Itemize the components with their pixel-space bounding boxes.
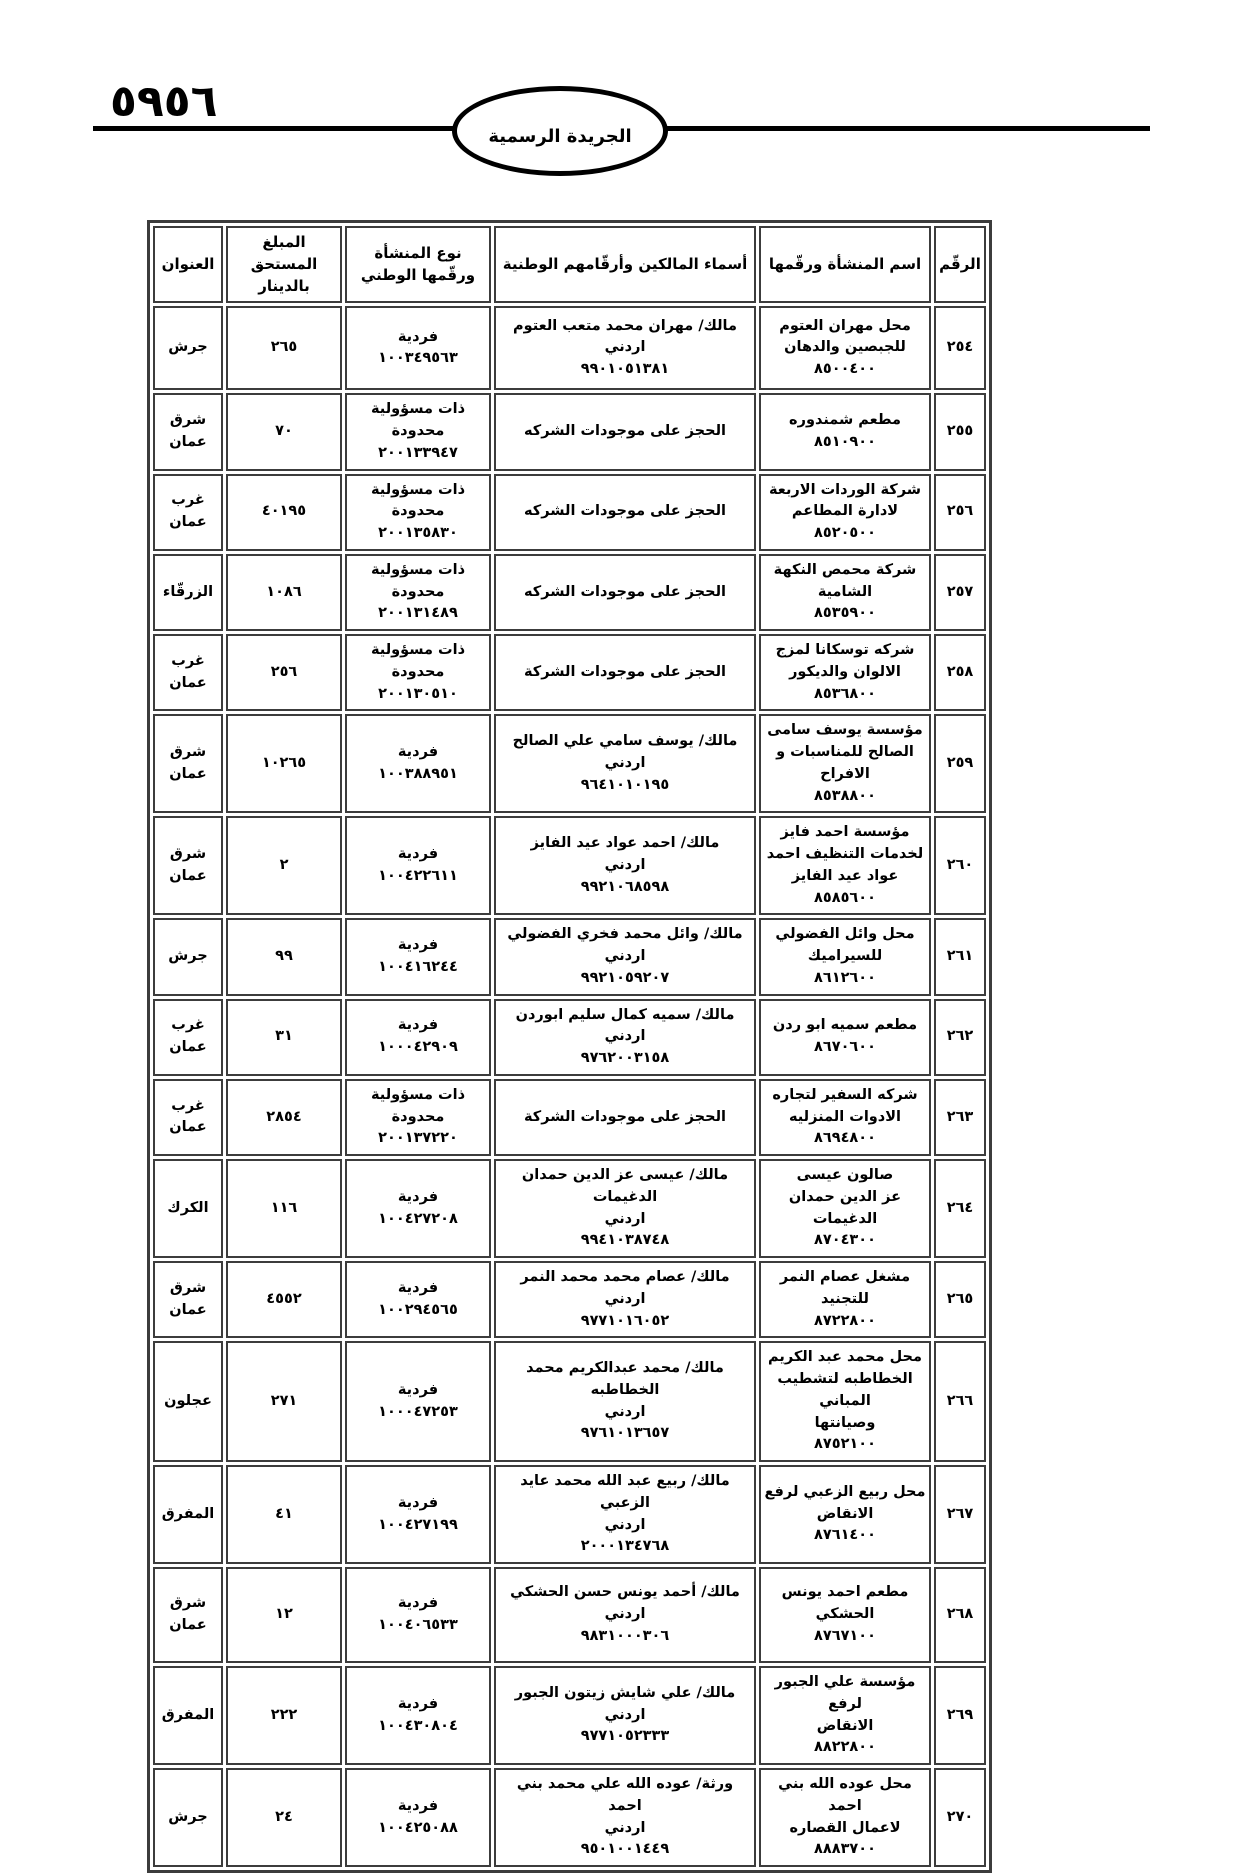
cell-est: محل ربيع الزعبي لرفعالانقاض٨٧٦١٤٠٠	[759, 1465, 931, 1564]
est-line: ٨٥٣٦٨٠٠	[764, 684, 926, 706]
cell-type: فردية١٠٠٤٢٧١٩٩	[345, 1465, 491, 1564]
owners-line: اردني	[499, 1515, 751, 1537]
type-line: ٢٠٠١٣١٤٨٩	[350, 603, 486, 625]
owners-line: اردني	[499, 1402, 751, 1424]
est-line: ٨٥٢٠٥٠٠	[764, 523, 926, 545]
cell-amount: ٤٥٥٢	[226, 1261, 342, 1338]
cell-num: ٢٥٤	[934, 306, 986, 390]
est-line: عز الدين حمدان	[764, 1187, 926, 1209]
cell-owners: مالك/ احمد عواد عيد الفايزاردني٩٩٢١٠٦٨٥٩…	[494, 816, 756, 915]
cell-addr: عجلون	[153, 1341, 223, 1462]
owners-line: مالك/ وائل محمد فخري الفضولي	[499, 924, 751, 946]
table-row: ٢٧٠محل عوده الله بني احمدلاعمال القصاره٨…	[153, 1768, 986, 1867]
est-line: لادارة المطاعم	[764, 501, 926, 523]
cell-amount: ٢٦٥	[226, 306, 342, 390]
type-line: فردية	[350, 1380, 486, 1402]
addr-line: شرق	[158, 742, 218, 764]
est-line: الالوان والديكور	[764, 662, 926, 684]
est-line: ٨٧٢٢٨٠٠	[764, 1311, 926, 1333]
est-line: ٨٧٦٧١٠٠	[764, 1626, 926, 1648]
owners-line: اردني	[499, 1604, 751, 1626]
addr-line: عمان	[158, 1117, 218, 1139]
addr-line: عمان	[158, 1615, 218, 1637]
type-line: فردية	[350, 1593, 486, 1615]
cell-amount: ٢٧١	[226, 1341, 342, 1462]
table-row: ٢٦٤صالون عيسىعز الدين حمدانالدغيمات٨٧٠٤٣…	[153, 1159, 986, 1258]
amount-line: ٢٤	[231, 1807, 337, 1829]
type-line: ٢٠٠١٣٧٢٢٠	[350, 1128, 486, 1150]
cell-num: ٢٦٢	[934, 999, 986, 1076]
cell-amount: ٤١	[226, 1465, 342, 1564]
cell-type: فردية١٠٠٤٣٠٨٠٤	[345, 1666, 491, 1765]
est-line: لخدمات التنظيف احمد	[764, 844, 926, 866]
est-line: ٨٧٥٢١٠٠	[764, 1434, 926, 1456]
type-line: فردية	[350, 844, 486, 866]
cell-type: فردية١٠٠٤١٦٢٤٤	[345, 918, 491, 995]
num-line: ٢٥٨	[939, 662, 981, 684]
est-line: مؤسسة احمد فايز	[764, 822, 926, 844]
cell-addr: جرش	[153, 306, 223, 390]
owners-line: اردني	[499, 1209, 751, 1231]
addr-line: الكرك	[158, 1198, 218, 1220]
type-line: ١٠٠٣٤٩٥٦٣	[350, 348, 486, 370]
cell-type: فردية١٠٠٤٠٦٥٣٣	[345, 1567, 491, 1663]
amount-line: ٢٨٥٤	[231, 1107, 337, 1129]
amount-line: ٧٠	[231, 421, 337, 443]
num-line: ٢٥٧	[939, 582, 981, 604]
amount-line: ٩٩	[231, 946, 337, 968]
table-row: ٢٥٦شركة الوردات الاربعةلادارة المطاعم٨٥٢…	[153, 474, 986, 551]
column-header-num: الرقّم	[934, 226, 986, 303]
est-line: الانقاض	[764, 1716, 926, 1738]
cell-type: ذات مسؤولية محدودة٢٠٠١٣١٤٨٩	[345, 554, 491, 631]
cell-est: شركه السفير لتجارهالادوات المنزليه٨٦٩٤٨٠…	[759, 1079, 931, 1156]
num-line: ٢٦٩	[939, 1705, 981, 1727]
est-line: الدغيمات	[764, 1209, 926, 1231]
cell-est: مطعم سميه ابو ردن٨٦٧٠٦٠٠	[759, 999, 931, 1076]
est-line: مؤسسة يوسف سامى	[764, 720, 926, 742]
cell-owners: الحجز على موجودات الشركه	[494, 474, 756, 551]
cell-est: محل محمد عبد الكريمالخطاطبه لتشطيب المبا…	[759, 1341, 931, 1462]
est-line: ٨٨٢٢٨٠٠	[764, 1737, 926, 1759]
num-line: ٢٦٤	[939, 1198, 981, 1220]
est-line: الخطاطبه لتشطيب المباني	[764, 1369, 926, 1413]
owners-line: مالك/ علي شايش زيتون الجبور	[499, 1683, 751, 1705]
addr-line: عمان	[158, 512, 218, 534]
num-line: ٢٥٦	[939, 501, 981, 523]
est-line: شركة الوردات الاربعة	[764, 480, 926, 502]
est-line: ٨٨٨٣٧٠٠	[764, 1839, 926, 1861]
est-line: ٨٦٧٠٦٠٠	[764, 1037, 926, 1059]
amount-line: ١٠٨٦	[231, 582, 337, 604]
cell-addr: شرقعمان	[153, 1261, 223, 1338]
type-line: ١٠٠٤٣٠٨٠٤	[350, 1716, 486, 1738]
est-line: مطعم شمندوره	[764, 410, 926, 432]
cell-addr: شرقعمان	[153, 816, 223, 915]
addr-line: شرق	[158, 844, 218, 866]
type-line: ١٠٠٠٤٧٢٥٣	[350, 1402, 486, 1424]
est-line: الادوات المنزليه	[764, 1107, 926, 1129]
owners-line: اردني	[499, 753, 751, 775]
amount-line: ٢٢٢	[231, 1705, 337, 1727]
type-line: فردية	[350, 1278, 486, 1300]
owners-line: مالك/ عيسى عز الدين حمدان الدغيمات	[499, 1165, 751, 1209]
amount-line: ٢٥٦	[231, 662, 337, 684]
cell-num: ٢٦٠	[934, 816, 986, 915]
cell-addr: جرش	[153, 918, 223, 995]
type-line: ذات مسؤولية محدودة	[350, 560, 486, 604]
est-line: ٨٧٠٤٣٠٠	[764, 1230, 926, 1252]
cell-amount: ٩٩	[226, 918, 342, 995]
cell-addr: شرقعمان	[153, 393, 223, 470]
est-line: وصيانتها	[764, 1413, 926, 1435]
table-row: ٢٥٧شركة محمص النكهةالشامية٨٥٣٥٩٠٠الحجز ع…	[153, 554, 986, 631]
type-line: فردية	[350, 1187, 486, 1209]
table-row: ٢٦٧محل ربيع الزعبي لرفعالانقاض٨٧٦١٤٠٠مال…	[153, 1465, 986, 1564]
type-line: ١٠٠٤١٦٢٤٤	[350, 957, 486, 979]
est-line: الانقاض	[764, 1504, 926, 1526]
gazette-page: { "page": { "page_number": "٥٩٥٦", "gaze…	[0, 0, 1241, 1754]
cell-amount: ٣١	[226, 999, 342, 1076]
table-row: ٢٦٩مؤسسة علي الجبور لرفعالانقاض٨٨٢٢٨٠٠ما…	[153, 1666, 986, 1765]
type-line: ١٠٠٤٠٦٥٣٣	[350, 1615, 486, 1637]
type-line: ٢٠٠١٣٥٨٣٠	[350, 523, 486, 545]
num-line: ٢٦١	[939, 946, 981, 968]
owners-line: ٩٧٧١٠١٦٠٥٢	[499, 1311, 751, 1333]
addr-line: جرش	[158, 1807, 218, 1829]
cell-addr: شرقعمان	[153, 714, 223, 813]
addr-line: غرب	[158, 490, 218, 512]
type-line: ٢٠٠١٣٠٥١٠	[350, 684, 486, 706]
est-line: للسيراميك	[764, 946, 926, 968]
owners-line: ٩٧٦٢٠٠٣١٥٨	[499, 1048, 751, 1070]
page-number: ٥٩٥٦	[110, 76, 217, 127]
addr-line: عمان	[158, 432, 218, 454]
est-line: الصالح للمناسبات و	[764, 742, 926, 764]
cell-addr: شرقعمان	[153, 1567, 223, 1663]
cell-addr: الكرك	[153, 1159, 223, 1258]
amount-line: ٤١	[231, 1504, 337, 1526]
num-line: ٢٦٣	[939, 1107, 981, 1129]
type-line: فردية	[350, 1694, 486, 1716]
est-line: الحشكي	[764, 1604, 926, 1626]
gazette-logo-oval: الجريدة الرسمية	[452, 86, 668, 176]
cell-est: محل وائل الفضوليللسيراميك٨٦١٢٦٠٠	[759, 918, 931, 995]
cell-est: محل مهران العتومللجبصين والدهان٨٥٠٠٤٠٠	[759, 306, 931, 390]
addr-line: المفرق	[158, 1705, 218, 1727]
est-line: ٨٥٣٥٩٠٠	[764, 603, 926, 625]
addr-line: عمان	[158, 764, 218, 786]
type-line: ١٠٠٤٢٥٠٨٨	[350, 1818, 486, 1840]
gazette-title: الجريدة الرسمية	[488, 126, 631, 147]
cell-owners: الحجز على موجودات الشركه	[494, 393, 756, 470]
type-line: ١٠٠٤٢٧٢٠٨	[350, 1209, 486, 1231]
type-line: ١٠٠٤٢٧١٩٩	[350, 1515, 486, 1537]
type-line: ١٠٠٠٤٢٩٠٩	[350, 1037, 486, 1059]
est-line: محل وائل الفضولي	[764, 924, 926, 946]
owners-line: مالك/ يوسف سامي علي الصالح	[499, 731, 751, 753]
table-row: ٢٥٨شركه توسكانا لمزجالالوان والديكور٨٥٣٦…	[153, 634, 986, 711]
amount-line: ٢	[231, 855, 337, 877]
cell-owners: ورثة/ عوده الله علي محمد بني احمداردني٩٥…	[494, 1768, 756, 1867]
cell-est: شركه توسكانا لمزجالالوان والديكور٨٥٣٦٨٠٠	[759, 634, 931, 711]
num-line: ٢٧٠	[939, 1807, 981, 1829]
cell-addr: المفرق	[153, 1465, 223, 1564]
est-line: محل محمد عبد الكريم	[764, 1347, 926, 1369]
num-line: ٢٥٥	[939, 421, 981, 443]
owners-line: ٩٧٦١٠١٣٦٥٧	[499, 1423, 751, 1445]
est-line: محل عوده الله بني احمد	[764, 1774, 926, 1818]
cell-owners: مالك/ علي شايش زيتون الجبوراردني٩٧٧١٠٥٢٣…	[494, 1666, 756, 1765]
num-line: ٢٦٦	[939, 1391, 981, 1413]
table-row: ٢٦٢مطعم سميه ابو ردن٨٦٧٠٦٠٠مالك/ سميه كم…	[153, 999, 986, 1076]
owners-line: الحجز على موجودات الشركه	[499, 501, 751, 523]
owners-line: ورثة/ عوده الله علي محمد بني احمد	[499, 1774, 751, 1818]
est-line: مطعم سميه ابو ردن	[764, 1015, 926, 1037]
cell-addr: الزرقّاء	[153, 554, 223, 631]
owners-line: اردني	[499, 946, 751, 968]
cell-type: ذات مسؤولية محدودة٢٠٠١٣٣٩٤٧	[345, 393, 491, 470]
cell-type: فردية١٠٠٣٨٨٩٥١	[345, 714, 491, 813]
cell-est: صالون عيسىعز الدين حمدانالدغيمات٨٧٠٤٣٠٠	[759, 1159, 931, 1258]
amount-line: ٢٦٥	[231, 337, 337, 359]
cell-amount: ٤٠١٩٥	[226, 474, 342, 551]
addr-line: شرق	[158, 410, 218, 432]
amount-line: ١١٦	[231, 1198, 337, 1220]
addr-line: المفرق	[158, 1504, 218, 1526]
column-header-est: اسم المنشأة ورقّمها	[759, 226, 931, 303]
est-line: محل ربيع الزعبي لرفع	[764, 1482, 926, 1504]
cell-num: ٢٥٧	[934, 554, 986, 631]
cell-owners: مالك/ وائل محمد فخري الفضولياردني٩٩٢١٠٥٩…	[494, 918, 756, 995]
table-row: ٢٦٨مطعم احمد يونسالحشكي٨٧٦٧١٠٠مالك/ أحمد…	[153, 1567, 986, 1663]
cell-num: ٢٦٦	[934, 1341, 986, 1462]
cell-type: فردية١٠٠٠٤٢٩٠٩	[345, 999, 491, 1076]
cell-num: ٢٦٨	[934, 1567, 986, 1663]
addr-line: غرب	[158, 1015, 218, 1037]
cell-owners: الحجز على موجودات الشركة	[494, 1079, 756, 1156]
cell-owners: مالك/ مهران محمد متعب العتوماردني٩٩٠١٠٥١…	[494, 306, 756, 390]
est-line: لاعمال القصاره	[764, 1818, 926, 1840]
owners-line: اردني	[499, 1289, 751, 1311]
table-row: ٢٥٩مؤسسة يوسف سامىالصالح للمناسبات والاف…	[153, 714, 986, 813]
cell-est: مطعم احمد يونسالحشكي٨٧٦٧١٠٠	[759, 1567, 931, 1663]
table-row: ٢٥٤محل مهران العتومللجبصين والدهان٨٥٠٠٤٠…	[153, 306, 986, 390]
cell-type: فردية١٠٠٤٢٢٦١١	[345, 816, 491, 915]
cell-est: شركة الوردات الاربعةلادارة المطاعم٨٥٢٠٥٠…	[759, 474, 931, 551]
est-line: مؤسسة علي الجبور لرفع	[764, 1672, 926, 1716]
cell-num: ٢٥٨	[934, 634, 986, 711]
cell-amount: ٢٢٢	[226, 1666, 342, 1765]
owners-line: اردني	[499, 1705, 751, 1727]
owners-line: الحجز على موجودات الشركة	[499, 1107, 751, 1129]
owners-line: اردني	[499, 855, 751, 877]
num-line: ٢٦٨	[939, 1604, 981, 1626]
est-line: محل مهران العتوم	[764, 316, 926, 338]
owners-line: مالك/ احمد عواد عيد الفايز	[499, 833, 751, 855]
addr-line: شرق	[158, 1278, 218, 1300]
owners-line: مالك/ أحمد يونس حسن الحشكي	[499, 1582, 751, 1604]
amount-line: ٣١	[231, 1026, 337, 1048]
cell-owners: مالك/ عيسى عز الدين حمدان الدغيماتاردني٩…	[494, 1159, 756, 1258]
cell-type: فردية١٠٠٤٢٧٢٠٨	[345, 1159, 491, 1258]
establishments-table-wrap: الرقّماسم المنشأة ورقّمهاأسماء المالكين …	[147, 220, 992, 1873]
est-line: ٨٦٩٤٨٠٠	[764, 1128, 926, 1150]
est-line: ٨٦١٢٦٠٠	[764, 968, 926, 990]
amount-line: ٤٥٥٢	[231, 1289, 337, 1311]
addr-line: عمان	[158, 1037, 218, 1059]
num-line: ٢٦٥	[939, 1289, 981, 1311]
cell-type: ذات مسؤولية محدودة٢٠٠١٣٥٨٣٠	[345, 474, 491, 551]
num-line: ٢٦٧	[939, 1504, 981, 1526]
owners-line: الحجز على موجودات الشركه	[499, 421, 751, 443]
type-line: ٢٠٠١٣٣٩٤٧	[350, 443, 486, 465]
type-line: فردية	[350, 742, 486, 764]
cell-num: ٢٦٧	[934, 1465, 986, 1564]
num-line: ٢٦٢	[939, 1026, 981, 1048]
type-line: فردية	[350, 935, 486, 957]
cell-addr: المفرق	[153, 1666, 223, 1765]
cell-amount: ٢٥٦	[226, 634, 342, 711]
est-line: ٨٧٦١٤٠٠	[764, 1525, 926, 1547]
owners-line: مالك/ سميه كمال سليم ابوردن	[499, 1005, 751, 1027]
type-line: فردية	[350, 1015, 486, 1037]
cell-num: ٢٦٣	[934, 1079, 986, 1156]
est-line: الشامية	[764, 582, 926, 604]
cell-num: ٢٦٤	[934, 1159, 986, 1258]
est-line: شركه السفير لتجاره	[764, 1085, 926, 1107]
cell-amount: ٢	[226, 816, 342, 915]
table-row: ٢٦٥مشغل عصام النمر للتجنيد٨٧٢٢٨٠٠مالك/ ع…	[153, 1261, 986, 1338]
type-line: ذات مسؤولية محدودة	[350, 480, 486, 524]
owners-line: الحجز على موجودات الشركة	[499, 662, 751, 684]
owners-line: الحجز على موجودات الشركه	[499, 582, 751, 604]
cell-type: فردية١٠٠٢٩٤٥٦٥	[345, 1261, 491, 1338]
est-line: ٨٥١٠٩٠٠	[764, 432, 926, 454]
cell-est: محل عوده الله بني احمدلاعمال القصاره٨٨٨٣…	[759, 1768, 931, 1867]
num-line: ٢٥٩	[939, 753, 981, 775]
cell-owners: مالك/ يوسف سامي علي الصالحاردني٩٦٤١٠١٠١٩…	[494, 714, 756, 813]
addr-line: عجلون	[158, 1391, 218, 1413]
table-row: ٢٦١محل وائل الفضوليللسيراميك٨٦١٢٦٠٠مالك/…	[153, 918, 986, 995]
addr-line: جرش	[158, 337, 218, 359]
addr-line: غرب	[158, 1096, 218, 1118]
table-header-row: الرقّماسم المنشأة ورقّمهاأسماء المالكين …	[153, 226, 986, 303]
owners-line: ٩٦٤١٠١٠١٩٥	[499, 775, 751, 797]
cell-num: ٢٥٦	[934, 474, 986, 551]
addr-line: الزرقّاء	[158, 582, 218, 604]
owners-line: ٩٩٤١٠٣٨٧٤٨	[499, 1230, 751, 1252]
cell-owners: مالك/ ربيع عبد الله محمد عايد الزعبياردن…	[494, 1465, 756, 1564]
cell-type: فردية١٠٠٤٢٥٠٨٨	[345, 1768, 491, 1867]
cell-addr: غربعمان	[153, 474, 223, 551]
est-line: الافراح	[764, 764, 926, 786]
type-line: ذات مسؤولية محدودة	[350, 399, 486, 443]
cell-addr: غربعمان	[153, 634, 223, 711]
type-line: ١٠٠٤٢٢٦١١	[350, 866, 486, 888]
table-row: ٢٦٦محل محمد عبد الكريمالخطاطبه لتشطيب ال…	[153, 1341, 986, 1462]
table-row: ٢٦٣شركه السفير لتجارهالادوات المنزليه٨٦٩…	[153, 1079, 986, 1156]
amount-line: ٢٧١	[231, 1391, 337, 1413]
establishments-table: الرقّماسم المنشأة ورقّمهاأسماء المالكين …	[147, 220, 992, 1873]
amount-line: ٤٠١٩٥	[231, 501, 337, 523]
owners-line: مالك/ عصام محمد محمد النمر	[499, 1267, 751, 1289]
cell-num: ٢٧٠	[934, 1768, 986, 1867]
owners-line: مالك/ محمد عبدالكريم محمد الخطاطبه	[499, 1358, 751, 1402]
column-header-addr: العنوان	[153, 226, 223, 303]
type-line: ١٠٠٣٨٨٩٥١	[350, 764, 486, 786]
owners-line: ٢٠٠٠١٣٤٧٦٨	[499, 1536, 751, 1558]
cell-owners: الحجز على موجودات الشركه	[494, 554, 756, 631]
owners-line: اردني	[499, 1818, 751, 1840]
cell-owners: الحجز على موجودات الشركة	[494, 634, 756, 711]
owners-line: ٩٧٧١٠٥٢٣٣٣	[499, 1726, 751, 1748]
cell-addr: غربعمان	[153, 1079, 223, 1156]
addr-line: عمان	[158, 1300, 218, 1322]
table-row: ٢٦٠مؤسسة احمد فايزلخدمات التنظيف احمدعوا…	[153, 816, 986, 915]
addr-line: عمان	[158, 866, 218, 888]
cell-addr: غربعمان	[153, 999, 223, 1076]
cell-amount: ٧٠	[226, 393, 342, 470]
amount-line: ١٢	[231, 1604, 337, 1626]
owners-line: ٩٩٠١٠٥١٣٨١	[499, 359, 751, 381]
column-header-owners: أسماء المالكين وأرقّامهم الوطنية	[494, 226, 756, 303]
cell-owners: مالك/ محمد عبدالكريم محمد الخطاطبهاردني٩…	[494, 1341, 756, 1462]
est-line: ٨٥٨٥٦٠٠	[764, 888, 926, 910]
cell-amount: ١١٦	[226, 1159, 342, 1258]
owners-line: ٩٨٣١٠٠٠٣٠٦	[499, 1626, 751, 1648]
type-line: فردية	[350, 1493, 486, 1515]
column-header-amount: المبلغ المستحق بالدينار	[226, 226, 342, 303]
type-line: ذات مسؤولية محدودة	[350, 1085, 486, 1129]
est-line: مطعم احمد يونس	[764, 1582, 926, 1604]
est-line: ٨٥٠٠٤٠٠	[764, 359, 926, 381]
cell-num: ٢٦٥	[934, 1261, 986, 1338]
addr-line: عمان	[158, 673, 218, 695]
est-line: ٨٥٣٨٨٠٠	[764, 786, 926, 808]
cell-owners: مالك/ أحمد يونس حسن الحشكياردني٩٨٣١٠٠٠٣٠…	[494, 1567, 756, 1663]
addr-line: شرق	[158, 1593, 218, 1615]
owners-line: ٩٩٢١٠٥٩٢٠٧	[499, 968, 751, 990]
cell-amount: ١٢	[226, 1567, 342, 1663]
est-line: للجبصين والدهان	[764, 337, 926, 359]
cell-est: مشغل عصام النمر للتجنيد٨٧٢٢٨٠٠	[759, 1261, 931, 1338]
amount-line: ١٠٢٦٥	[231, 753, 337, 775]
num-line: ٢٦٠	[939, 855, 981, 877]
cell-num: ٢٦٩	[934, 1666, 986, 1765]
cell-est: مؤسسة يوسف سامىالصالح للمناسبات والافراح…	[759, 714, 931, 813]
cell-type: فردية١٠٠٠٤٧٢٥٣	[345, 1341, 491, 1462]
cell-est: مطعم شمندوره٨٥١٠٩٠٠	[759, 393, 931, 470]
cell-amount: ١٠٨٦	[226, 554, 342, 631]
est-line: شركه توسكانا لمزج	[764, 640, 926, 662]
cell-num: ٢٦١	[934, 918, 986, 995]
cell-num: ٢٥٥	[934, 393, 986, 470]
cell-owners: مالك/ سميه كمال سليم ابوردناردني٩٧٦٢٠٠٣١…	[494, 999, 756, 1076]
owners-line: اردني	[499, 1026, 751, 1048]
type-line: ١٠٠٢٩٤٥٦٥	[350, 1300, 486, 1322]
cell-est: مؤسسة احمد فايزلخدمات التنظيف احمدعواد ع…	[759, 816, 931, 915]
cell-est: مؤسسة علي الجبور لرفعالانقاض٨٨٢٢٨٠٠	[759, 1666, 931, 1765]
cell-owners: مالك/ عصام محمد محمد النمراردني٩٧٧١٠١٦٠٥…	[494, 1261, 756, 1338]
column-header-type: نوع المنشأة ورقّمها الوطني	[345, 226, 491, 303]
est-line: عواد عيد الفايز	[764, 866, 926, 888]
cell-type: فردية١٠٠٣٤٩٥٦٣	[345, 306, 491, 390]
owners-line: مالك/ مهران محمد متعب العتوم	[499, 316, 751, 338]
type-line: فردية	[350, 327, 486, 349]
cell-amount: ٢٤	[226, 1768, 342, 1867]
cell-addr: جرش	[153, 1768, 223, 1867]
